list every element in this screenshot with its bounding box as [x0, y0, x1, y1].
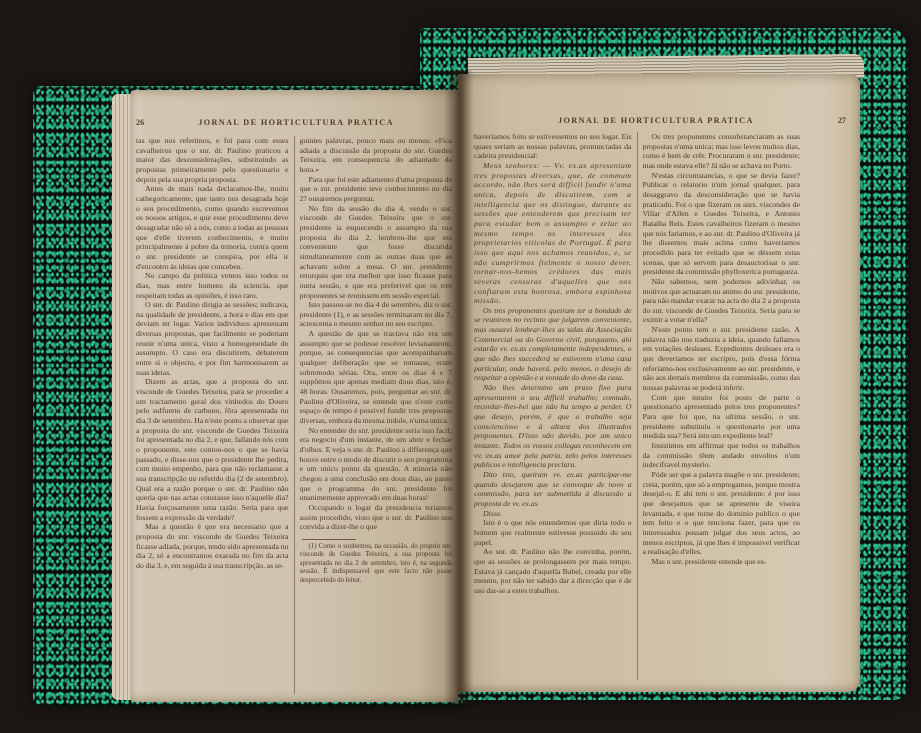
paragraph-quote: Disse. [474, 509, 632, 519]
paragraph: Mas o snr. presidente entende que es- [643, 557, 801, 567]
paragraph: No entender do snr. presidente seria iss… [300, 426, 453, 503]
right-page-number: 27 [838, 116, 846, 125]
paragraph: Com que intuito foi posto de parte o que… [643, 393, 801, 441]
left-page-column-2: guintes palavras, pouco mais ou menos: «… [300, 136, 453, 694]
left-page-columns: tas que nos referimos, e foi para com es… [136, 136, 452, 694]
left-page-column-1: tas que nos referimos, e foi para com es… [136, 136, 289, 694]
right-page-column-2: Os tres proponentes consubstanciaram as … [643, 132, 801, 680]
right-page-header: JORNAL DE HORTICULTURA PRATICA 27 [458, 116, 860, 125]
footnote-rule [302, 539, 356, 540]
paragraph: tas que nos referimos, e foi para com es… [136, 136, 289, 184]
paragraph: Os tres proponentes consubstanciaram as … [643, 132, 801, 171]
book-photo: { "colors": { "background": "#1b1613", "… [0, 0, 921, 733]
column-divider [637, 132, 638, 680]
right-page-title: JORNAL DE HORTICULTURA PRATICA [474, 116, 838, 125]
left-page: 26 JORNAL DE HORTICULTURA PRATICA tas qu… [130, 90, 458, 702]
paragraph: O snr. dr. Paulino dirigia as sessões; i… [136, 300, 289, 377]
right-page: JORNAL DE HORTICULTURA PRATICA 27 haveri… [458, 74, 860, 692]
paragraph: A questão de que se tractava não era um … [300, 329, 453, 426]
footnote: (1) Como o soubemos, na occasião, do pro… [300, 543, 453, 585]
paragraph: No fim da sessão do dia 4, vendo o snr. … [300, 204, 453, 301]
paragraph: Isto passou-se no dia 4 de setembro, diz… [300, 300, 453, 329]
paragraph: Occupando o logar da presidencia teriamo… [300, 503, 453, 532]
paragraph: Mas a questão é que era necessario que a… [136, 522, 289, 570]
paragraph-quote: Não lhes determino um praso fixo para ap… [474, 383, 632, 470]
paragraph: N'estas circumstancias, o que se devia f… [643, 171, 801, 277]
right-page-columns: haveriamos feito se estivessemos no seu … [474, 132, 800, 680]
paragraph: N'este ponto tem o snr. presidente razão… [643, 325, 801, 393]
paragraph: haveriamos feito se estivessemos no seu … [474, 132, 632, 161]
paragraph-quote: Dito isto, queiram vv. ex.as participar-… [474, 470, 632, 509]
paragraph: No campo da politica vemos isso todos os… [136, 271, 289, 300]
paragraph: Dizem as actas, que a proposta do snr. v… [136, 377, 289, 522]
column-divider [294, 136, 295, 694]
paragraph: Para que foi este adiamento d'uma propos… [300, 175, 453, 204]
paragraph: Não sabemos, nem podemos adivinhar, os m… [643, 277, 801, 325]
left-page-number: 26 [136, 118, 144, 127]
paragraph: Antes de mais nada declaramos-lhe, muito… [136, 184, 289, 271]
paragraph: Ao snr. dr. Paulino não lhe convinha, po… [474, 547, 632, 595]
left-page-title: JORNAL DE HORTICULTURA PRATICA [144, 118, 448, 127]
right-page-column-1: haveriamos feito se estivessemos no seu … [474, 132, 632, 680]
paragraph: Póde ser que a palavra magôe o snr. pres… [643, 470, 801, 557]
left-page-header: 26 JORNAL DE HORTICULTURA PRATICA [130, 118, 458, 127]
paragraph: guintes palavras, pouco mais ou menos: «… [300, 136, 453, 175]
paragraph: Isto é o que nós entendemos que diria to… [474, 518, 632, 547]
paragraph-quote: Meus senhores: — Vv. ex.as apresentam tr… [474, 161, 632, 306]
paragraph: Insistimos em affirmar que todos os trab… [643, 441, 801, 470]
paragraph-quote: Os tres proponentes queiram ter a bondad… [474, 306, 632, 383]
